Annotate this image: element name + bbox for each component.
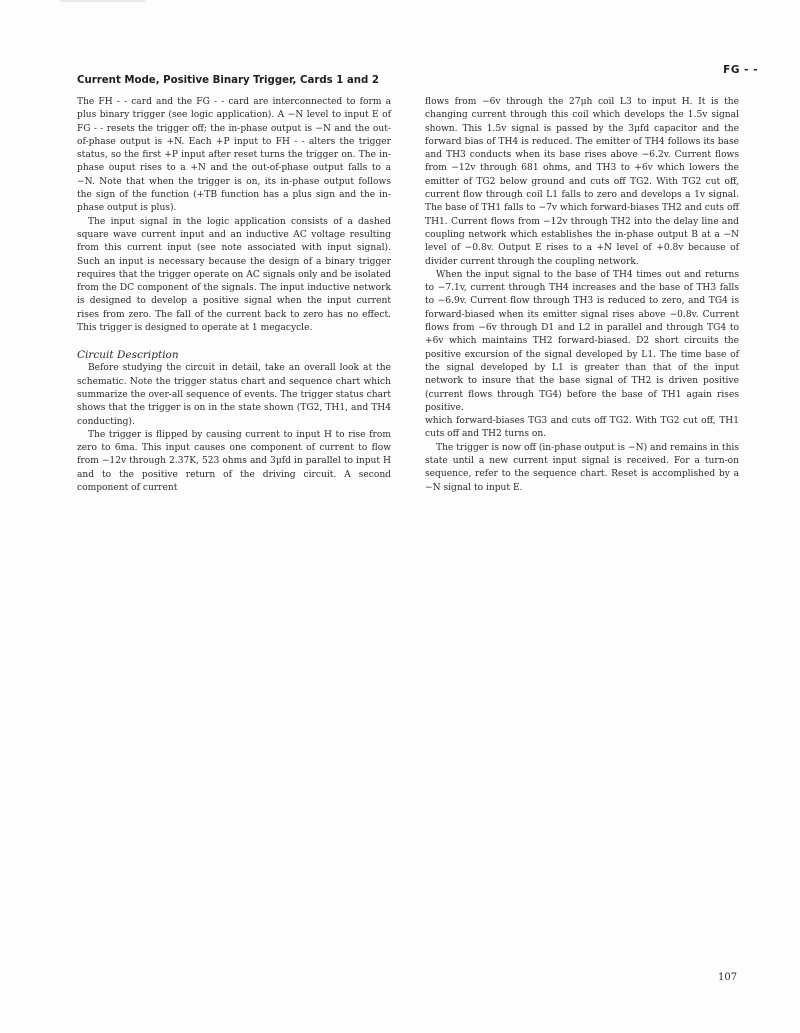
paragraph: The input signal in the logic applicatio… — [77, 216, 391, 336]
paragraph: flows from −6v through the 27μh coil L3 … — [425, 96, 739, 269]
paragraph: The trigger is now off (in-phase output … — [425, 442, 739, 495]
paragraph: which forward-biases TG3 and cuts off TG… — [425, 415, 739, 442]
paragraph: When the input signal to the base of TH4… — [425, 269, 739, 415]
page-number: 107 — [718, 972, 737, 983]
right-column: flows from −6v through the 27μh coil L3 … — [425, 96, 739, 495]
paragraph: The trigger is flipped by causing curren… — [77, 429, 391, 495]
paragraph: Before studying the circuit in detail, t… — [77, 362, 391, 428]
document-page: FG - - Current Mode, Positive Binary Tri… — [0, 0, 800, 1033]
section-title: Current Mode, Positive Binary Trigger, C… — [77, 75, 379, 86]
subheading-circuit-description: Circuit Description — [77, 348, 391, 362]
scan-artifact — [60, 0, 145, 2]
paragraph: The FH - - card and the FG - - card are … — [77, 96, 391, 216]
left-column: The FH - - card and the FG - - card are … — [77, 96, 391, 495]
running-head: FG - - — [723, 64, 758, 76]
